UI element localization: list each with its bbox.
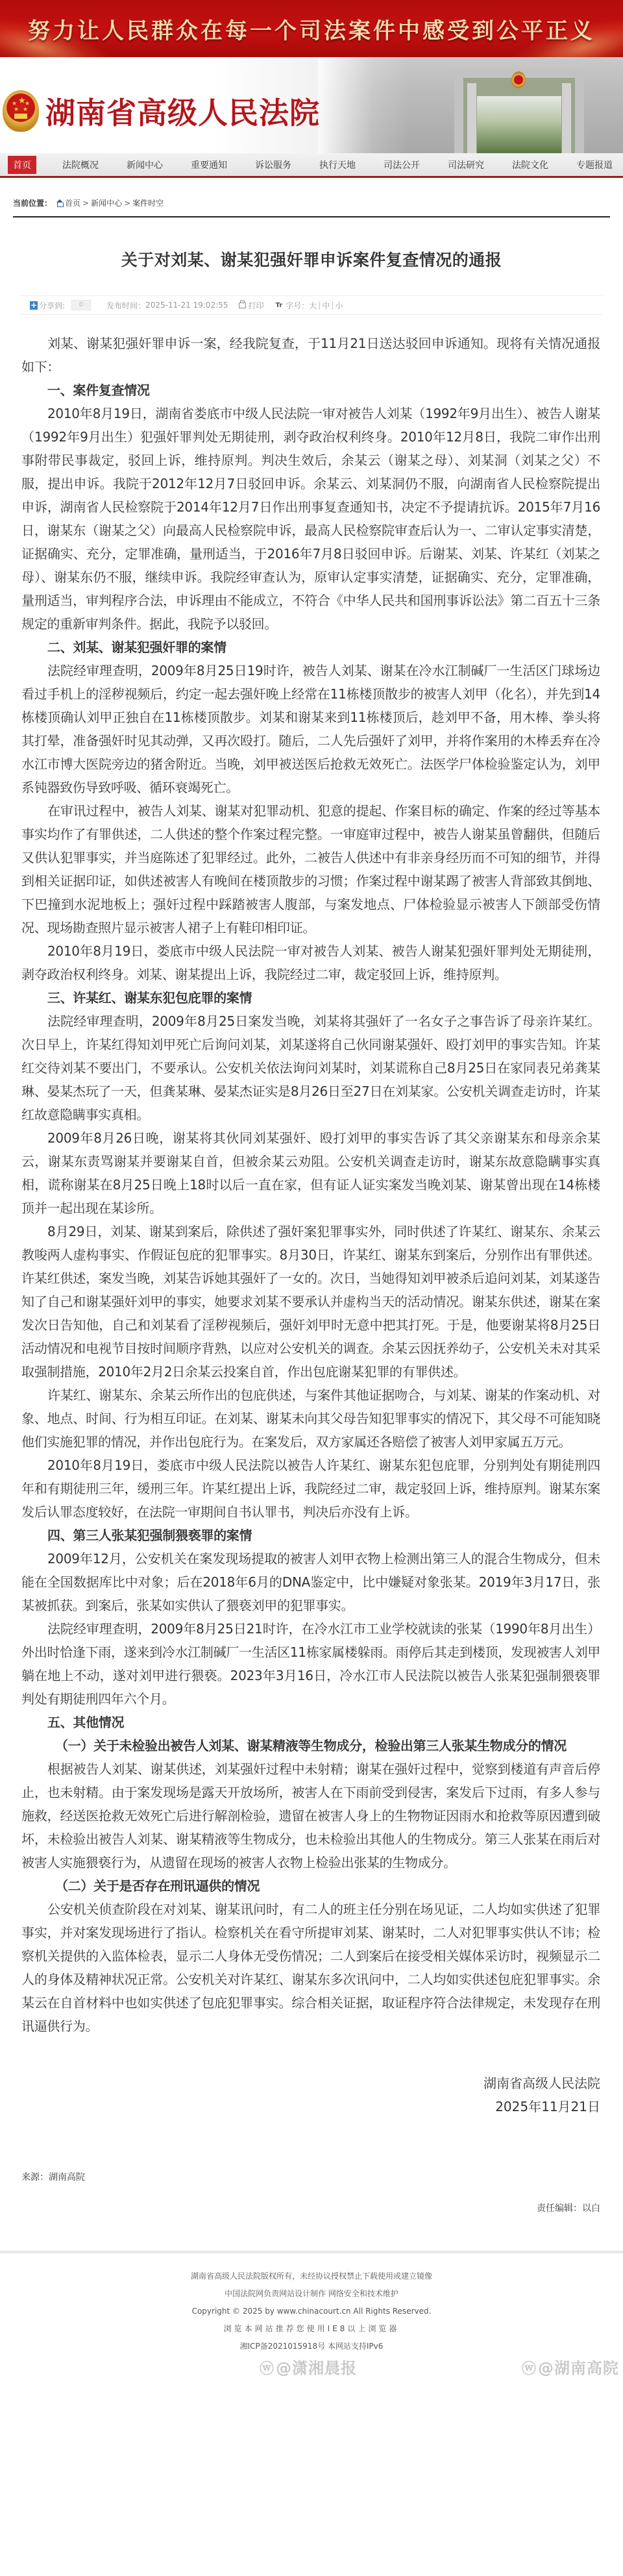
body-paragraph: 在审讯过程中，被告人刘某、谢某对犯罪动机、犯意的提起、作案目标的确定、作案的经过… — [21, 799, 600, 939]
signature-date: 2025年11月21日 — [0, 2095, 623, 2118]
font-size-medium[interactable]: 中 — [322, 300, 330, 311]
watermark-xiaoxiang-morning-news: ⓦ@潇湘晨报 — [260, 2355, 357, 2378]
subsection-heading: （一）关于未检验出被告人刘某、谢某精液等生物成分，检验出第三人张某生物成分的情况 — [21, 1734, 600, 1757]
nav-item-court-culture[interactable]: 法院文化 — [498, 158, 562, 171]
breadcrumb-separator: > — [82, 199, 89, 208]
nav-item-special-reports[interactable]: 专题报道 — [562, 158, 623, 171]
breadcrumb: 当前位置： 首页 > 新闻中心 > 案件时空 — [13, 197, 610, 217]
breadcrumb-label: 当前位置： — [13, 197, 52, 208]
section-heading: 二、刘某、谢某犯强奸罪的案情 — [21, 636, 600, 659]
section-heading: 五、其他情况 — [21, 1711, 600, 1734]
intro-paragraph: 刘某、谢某犯强奸罪申诉一案，经我院复查，于11月21日送达驳回申诉通知。现将有关… — [21, 332, 600, 378]
pillar-decoration — [467, 83, 476, 153]
article-meta-bar: + 分享到: 0 发布时间： 2025-11-21 19:02:55 打印 Tr… — [21, 295, 602, 315]
article-title: 关于对刘某、谢某犯强奸罪申诉案件复查情况的通报 — [0, 247, 623, 271]
nav-item-litigation-services[interactable]: 诉讼服务 — [241, 158, 305, 171]
nav-item-judicial-openness[interactable]: 司法公开 — [369, 158, 434, 171]
slogan-text: 努力让人民群众在每一个司法案件中感受到公平正义 — [28, 13, 595, 45]
nav-item-enforcement[interactable]: 执行天地 — [305, 158, 369, 171]
body-paragraph: 2010年8月19日，娄底市中级人民法院一审对被告人刘某、被告人谢某犯强奸罪判处… — [21, 939, 600, 986]
body-paragraph: 根据被告人刘某、谢某供述，刘某强奸过程中未射精；谢某在强奸过程中，觉察到楼道有声… — [21, 1757, 600, 1874]
footer-copyright-notice: 湖南省高级人民法院版权所有，未经协议授权禁止下载使用或建立镜像 — [0, 2268, 623, 2285]
signature-org: 湖南省高级人民法院 — [0, 2072, 623, 2095]
font-size-label: 字号： — [286, 300, 309, 311]
nav-item-home[interactable]: 首页 — [8, 156, 36, 174]
article-editor: 责任编辑：以白 — [0, 2201, 623, 2214]
subsection-heading: （二）关于是否存在刑讯逼供的情况 — [21, 1874, 600, 1898]
print-button[interactable]: 打印 — [249, 300, 264, 311]
slogan-banner: 努力让人民群众在每一个司法案件中感受到公平正义 — [0, 0, 623, 57]
body-paragraph: 许某红、谢某东、余某云所作出的包庇供述，与案件其他证据吻合，与刘某、谢某的作案动… — [21, 1383, 600, 1454]
site-footer: 湖南省高级人民法院版权所有，未经协议授权禁止下载使用或建立镜像 中国法院网负责网… — [0, 2251, 623, 2387]
body-paragraph: 公安机关侦查阶段在对刘某、谢某讯问时，有二人的班主任分别在场见证，二人均如实供述… — [21, 1898, 600, 2038]
font-size-icon: Tr — [276, 302, 283, 309]
article-body: 刘某、谢某犯强奸罪申诉一案，经我院复查，于11月21日送达驳回申诉通知。现将有关… — [0, 332, 623, 2038]
footer-icp[interactable]: 湘ICP备2021015918号 本网站支持IPv6 — [0, 2338, 623, 2355]
breadcrumb-news-center[interactable]: 新闻中心 — [91, 197, 122, 208]
printer-icon[interactable] — [239, 303, 246, 308]
font-size-divider: | — [331, 301, 334, 310]
breadcrumb-case-space[interactable]: 案件时空 — [132, 197, 164, 208]
body-paragraph: 2010年8月19日，娄底市中级人民法院以被告人许某红、谢某东犯包庇罪，分别判处… — [21, 1454, 600, 1524]
weibo-icon: ⓦ — [522, 2361, 537, 2377]
publish-label: 发布时间： — [106, 300, 145, 311]
nav-item-court-overview[interactable]: 法院概况 — [48, 158, 112, 171]
article-source: 来源：湖南高院 — [21, 2170, 623, 2183]
building-emblem-icon — [511, 71, 526, 88]
publish-time: 2025-11-21 19:02:55 — [145, 301, 228, 310]
body-paragraph: 法院经审理查明，2009年8月25日21时许，在冷水江市工业学校就读的张某（19… — [21, 1617, 600, 1711]
nav-item-notices[interactable]: 重要通知 — [177, 158, 241, 171]
pillar-decoration — [562, 83, 571, 153]
nav-item-judicial-research[interactable]: 司法研究 — [434, 158, 498, 171]
site-logo[interactable]: ★ ★ ★ ★ ★ 湖南省高级人民法院 — [3, 90, 320, 132]
breadcrumb-home[interactable]: 首页 — [65, 197, 80, 208]
body-paragraph: 法院经审理查明，2009年8月25日19时许，被告人刘某、谢某在冷水江制碱厂一生… — [21, 659, 600, 799]
footer-maintainer: 中国法院网负责网站设计制作 网络安全和技术维护 — [0, 2285, 623, 2303]
watermark-hunan-high-court: ⓦ@湖南高院 — [522, 2355, 619, 2378]
national-emblem-icon: ★ ★ ★ ★ ★ — [3, 90, 39, 132]
body-paragraph: 法院经审理查明，2009年8月25日案发当晚，刘某将其强奸了一名女子之事告诉了母… — [21, 1009, 600, 1126]
font-size-small[interactable]: 小 — [335, 300, 343, 311]
share-label[interactable]: 分享到: — [39, 300, 65, 311]
body-paragraph: 8月29日，刘某、谢某到案后，除供述了强奸案犯罪事实外，同时供述了许某红、谢某东… — [21, 1220, 600, 1383]
nav-item-news-center[interactable]: 新闻中心 — [112, 158, 177, 171]
weibo-icon: ⓦ — [260, 2361, 275, 2377]
footer-copyright: Copyright © 2025 by www.chinacourt.cn Al… — [0, 2303, 623, 2320]
share-plus-icon[interactable]: + — [30, 301, 38, 310]
court-gate-view — [477, 96, 561, 153]
breadcrumb-separator: > — [124, 199, 130, 208]
section-heading: 三、许某红、谢某东犯包庇罪的案情 — [21, 986, 600, 1009]
footer-browser-hint: 浏览本网站推荐您使用IE8以上浏览器 — [0, 2320, 623, 2338]
font-size-large[interactable]: 大 — [309, 300, 317, 311]
site-name: 湖南省高级人民法院 — [45, 90, 320, 132]
section-heading: 四、第三人张某犯强制猥亵罪的案情 — [21, 1524, 600, 1547]
site-header: ★ ★ ★ ★ ★ 湖南省高级人民法院 — [0, 57, 623, 153]
share-count: 0 — [71, 300, 91, 310]
section-heading: 一、案件复查情况 — [21, 378, 600, 402]
main-nav: 首页 法院概况 新闻中心 重要通知 诉讼服务 执行天地 司法公开 司法研究 法院… — [0, 153, 623, 178]
body-paragraph: 2009年12月，公安机关在案发现场提取的被害人刘甲衣物上检测出第三人的混合生物… — [21, 1547, 600, 1617]
body-paragraph: 2010年8月19日，湖南省娄底市中级人民法院一审对被告人刘某（1992年9月出… — [21, 402, 600, 636]
body-paragraph: 2009年8月26日晚，谢某将其伙同刘某强奸、殴打刘甲的事实告诉了其父亲谢某东和… — [21, 1126, 600, 1220]
home-icon — [56, 199, 64, 207]
font-size-divider: | — [318, 301, 321, 310]
